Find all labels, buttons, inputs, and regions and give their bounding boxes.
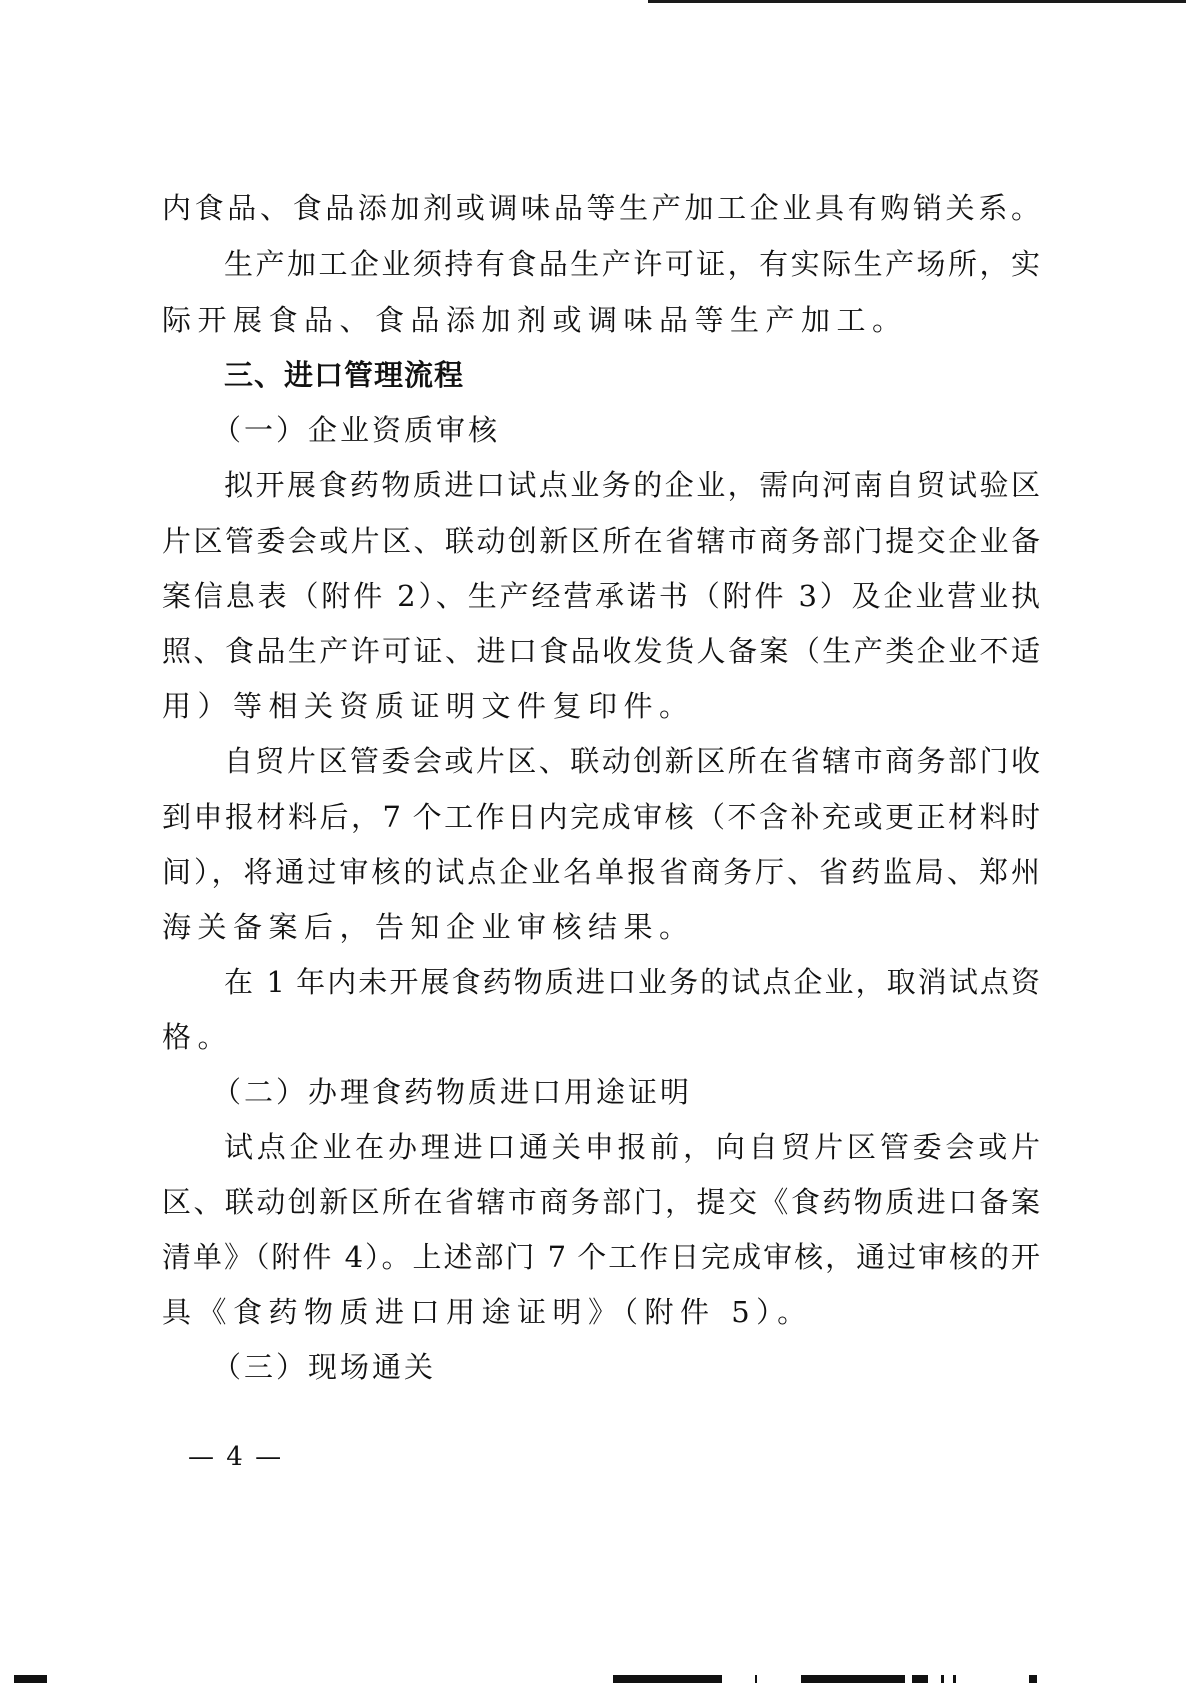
document-page: 内食品、食品添加剂或调味品等生产加工企业具有购销关系。 生产加工企业须持有食品生… — [0, 0, 1186, 1683]
paragraph-line: 海关备案后，告知企业审核结果。 — [162, 907, 1042, 947]
scan-artifact — [613, 1675, 722, 1683]
scan-artifact — [14, 1675, 47, 1683]
subsection-heading: （一）企业资质审核 — [212, 410, 1028, 450]
paragraph-line: 具《食药物质进口用途证明》（附件 5）。 — [162, 1292, 1042, 1332]
paragraph-line: 生产加工企业须持有食品生产许可证，有实际生产场所，实 — [224, 244, 1040, 284]
paragraph-line: 用）等相关资质证明文件复印件。 — [162, 686, 1042, 726]
scan-artifact — [755, 1675, 757, 1683]
paragraph-line: 格。 — [162, 1017, 1042, 1057]
paragraph-line: 在 1 年内未开展食药物质进口业务的试点企业，取消试点资 — [224, 962, 1040, 1002]
paragraph-line: 案信息表（附件 2）、生产经营承诺书（附件 3）及企业营业执 — [162, 576, 1040, 616]
paragraph-line: 照、食品生产许可证、进口食品收发货人备案（生产类企业不适 — [162, 631, 1040, 671]
paragraph-line: 到申报材料后，7 个工作日内完成审核（不含补充或更正材料时 — [162, 797, 1040, 837]
page-number: — 4 — — [188, 1440, 283, 1474]
paragraph-line: 内食品、食品添加剂或调味品等生产加工企业具有购销关系。 — [162, 188, 1040, 228]
paragraph-line: 拟开展食药物质进口试点业务的企业，需向河南自贸试验区 — [224, 465, 1040, 505]
scan-artifact — [1029, 1675, 1037, 1683]
paragraph-line: 试点企业在办理进口通关申报前，向自贸片区管委会或片 — [224, 1127, 1040, 1167]
paragraph-line: 自贸片区管委会或片区、联动创新区所在省辖市商务部门收 — [224, 741, 1040, 781]
scan-artifact — [912, 1675, 928, 1683]
paragraph-line: 片区管委会或片区、联动创新区所在省辖市商务部门提交企业备 — [162, 521, 1040, 561]
subsection-heading: （三）现场通关 — [212, 1347, 1028, 1387]
paragraph-line: 际开展食品、食品添加剂或调味品等生产加工。 — [162, 300, 1042, 340]
scan-artifact — [953, 1675, 956, 1683]
scan-artifact — [941, 1675, 944, 1683]
paragraph-line: 间），将通过审核的试点企业名单报省商务厅、省药监局、郑州 — [162, 852, 1040, 892]
subsection-heading: （二）办理食药物质进口用途证明 — [212, 1072, 1028, 1112]
paragraph-line: 清单》（附件 4）。上述部门 7 个工作日完成审核，通过审核的开 — [162, 1237, 1040, 1277]
scan-artifact — [801, 1675, 905, 1683]
paragraph-line: 区、联动创新区所在省辖市商务部门，提交《食药物质进口备案 — [162, 1182, 1040, 1222]
section-heading: 三、进口管理流程 — [224, 355, 1040, 395]
